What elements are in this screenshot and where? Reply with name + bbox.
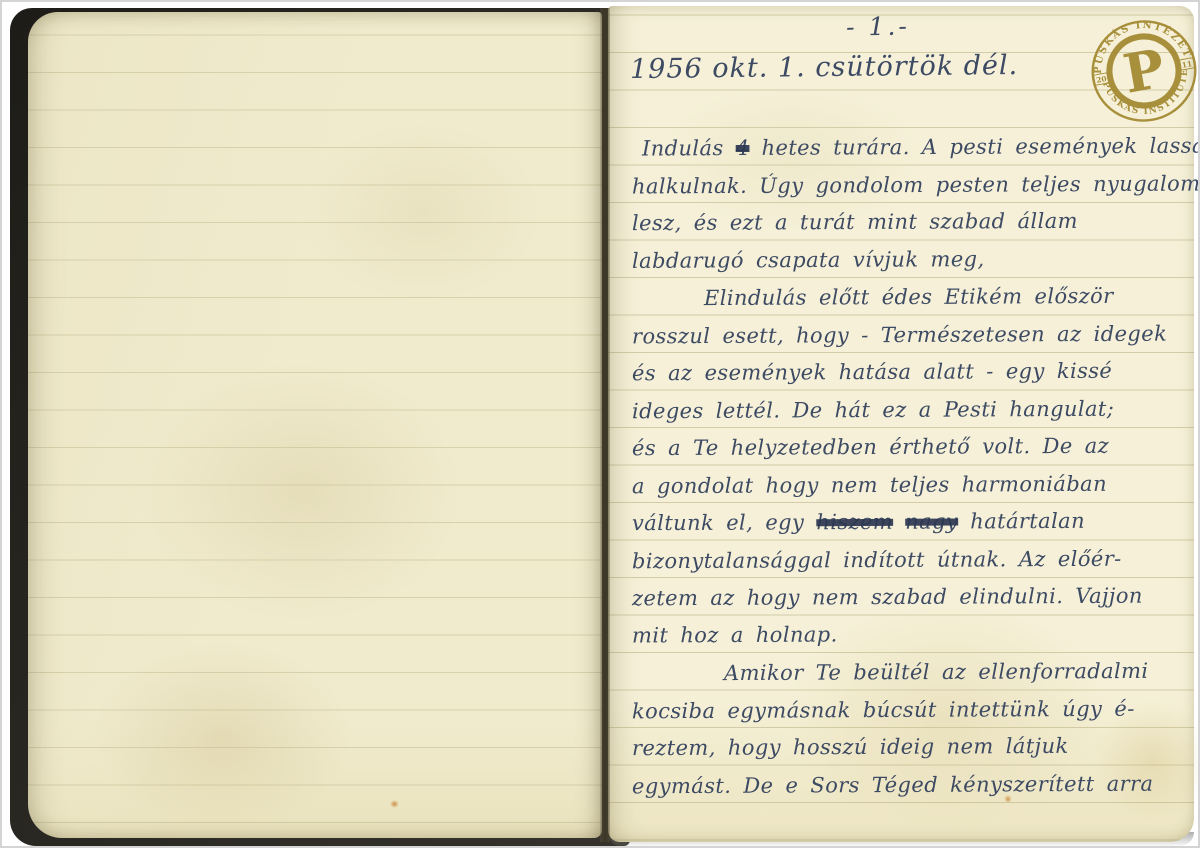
handwritten-line-p2-10: mit hoz a holnap.	[632, 622, 838, 647]
handwritten-line-p2-3: és az események hatása alatt - egy kissé	[632, 359, 1112, 386]
handwritten-line-p1-3: lesz, és ezt a turát mint szabad állam	[632, 209, 1078, 235]
stamp-letter-p: P	[1119, 37, 1169, 106]
notebook-gutter	[600, 8, 610, 842]
handwritten-line-p2-5: és a Te helyzetedben érthető volt. De az	[632, 434, 1109, 460]
puskas-institute-stamp-icon: PUSKÁS INTÉZET PUSKÁS INSTITUTE 20 11 P	[1079, 5, 1200, 137]
handwritten-line-p3-1: Amikor Te beültél az ellenforradalmi	[724, 659, 1149, 685]
stamp-year-left: 20	[1096, 74, 1108, 85]
handwritten-line-p1-1: Indulás 4 hetes turára. A pesti eseménye…	[642, 133, 1200, 160]
handwritten-line-p1-2: halkulnak. Úgy gondolom pesten teljes ny…	[632, 171, 1200, 198]
handwritten-line-p3-3: reztem, hogy hosszú ideig nem látjuk	[632, 734, 1069, 760]
handwritten-line-p3-4: egymást. De e Sors Téged kényszerített a…	[632, 771, 1154, 798]
handwritten-line-p2-8: bizonytalansággal indított útnak. Az elő…	[632, 546, 1122, 573]
handwritten-line-p2-1: Elindulás előtt édes Etikém először	[704, 284, 1114, 310]
handwritten-line-p2-7: váltunk el, egy hiszem nagy határtalan	[632, 509, 1085, 535]
handwritten-line-p2-6: a gondolat hogy nem teljes harmoniában	[632, 471, 1107, 497]
handwritten-line-p2-4: ideges lettél. De hát ez a Pesti hangula…	[632, 396, 1114, 423]
handwritten-line-p2-9: zetem az hogy nem szabad elindulni. Vajj…	[632, 584, 1143, 611]
date-line: 1956 okt. 1. csütörtök dél.	[630, 50, 1018, 85]
page-number: - 1.-	[808, 11, 948, 42]
scribbled-out-word: nagy	[905, 509, 958, 533]
scanned-notebook-spread: - 1.- 1956 okt. 1. csütörtök dél. Indulá…	[0, 0, 1200, 848]
stamp-year-right: 11	[1181, 59, 1193, 70]
page-left-blank	[28, 12, 602, 838]
handwritten-line-p2-2: rosszul esett, hogy - Természetesen az i…	[632, 321, 1167, 348]
handwritten-line-p1-4: labdarugó csapata vívjuk meg,	[632, 247, 985, 273]
handwritten-line-p3-2: kocsiba egymásnak búcsút intettünk úgy é…	[632, 696, 1135, 723]
scribbled-out-word: 4	[736, 136, 750, 160]
scribbled-out-word: hiszem	[816, 510, 893, 534]
